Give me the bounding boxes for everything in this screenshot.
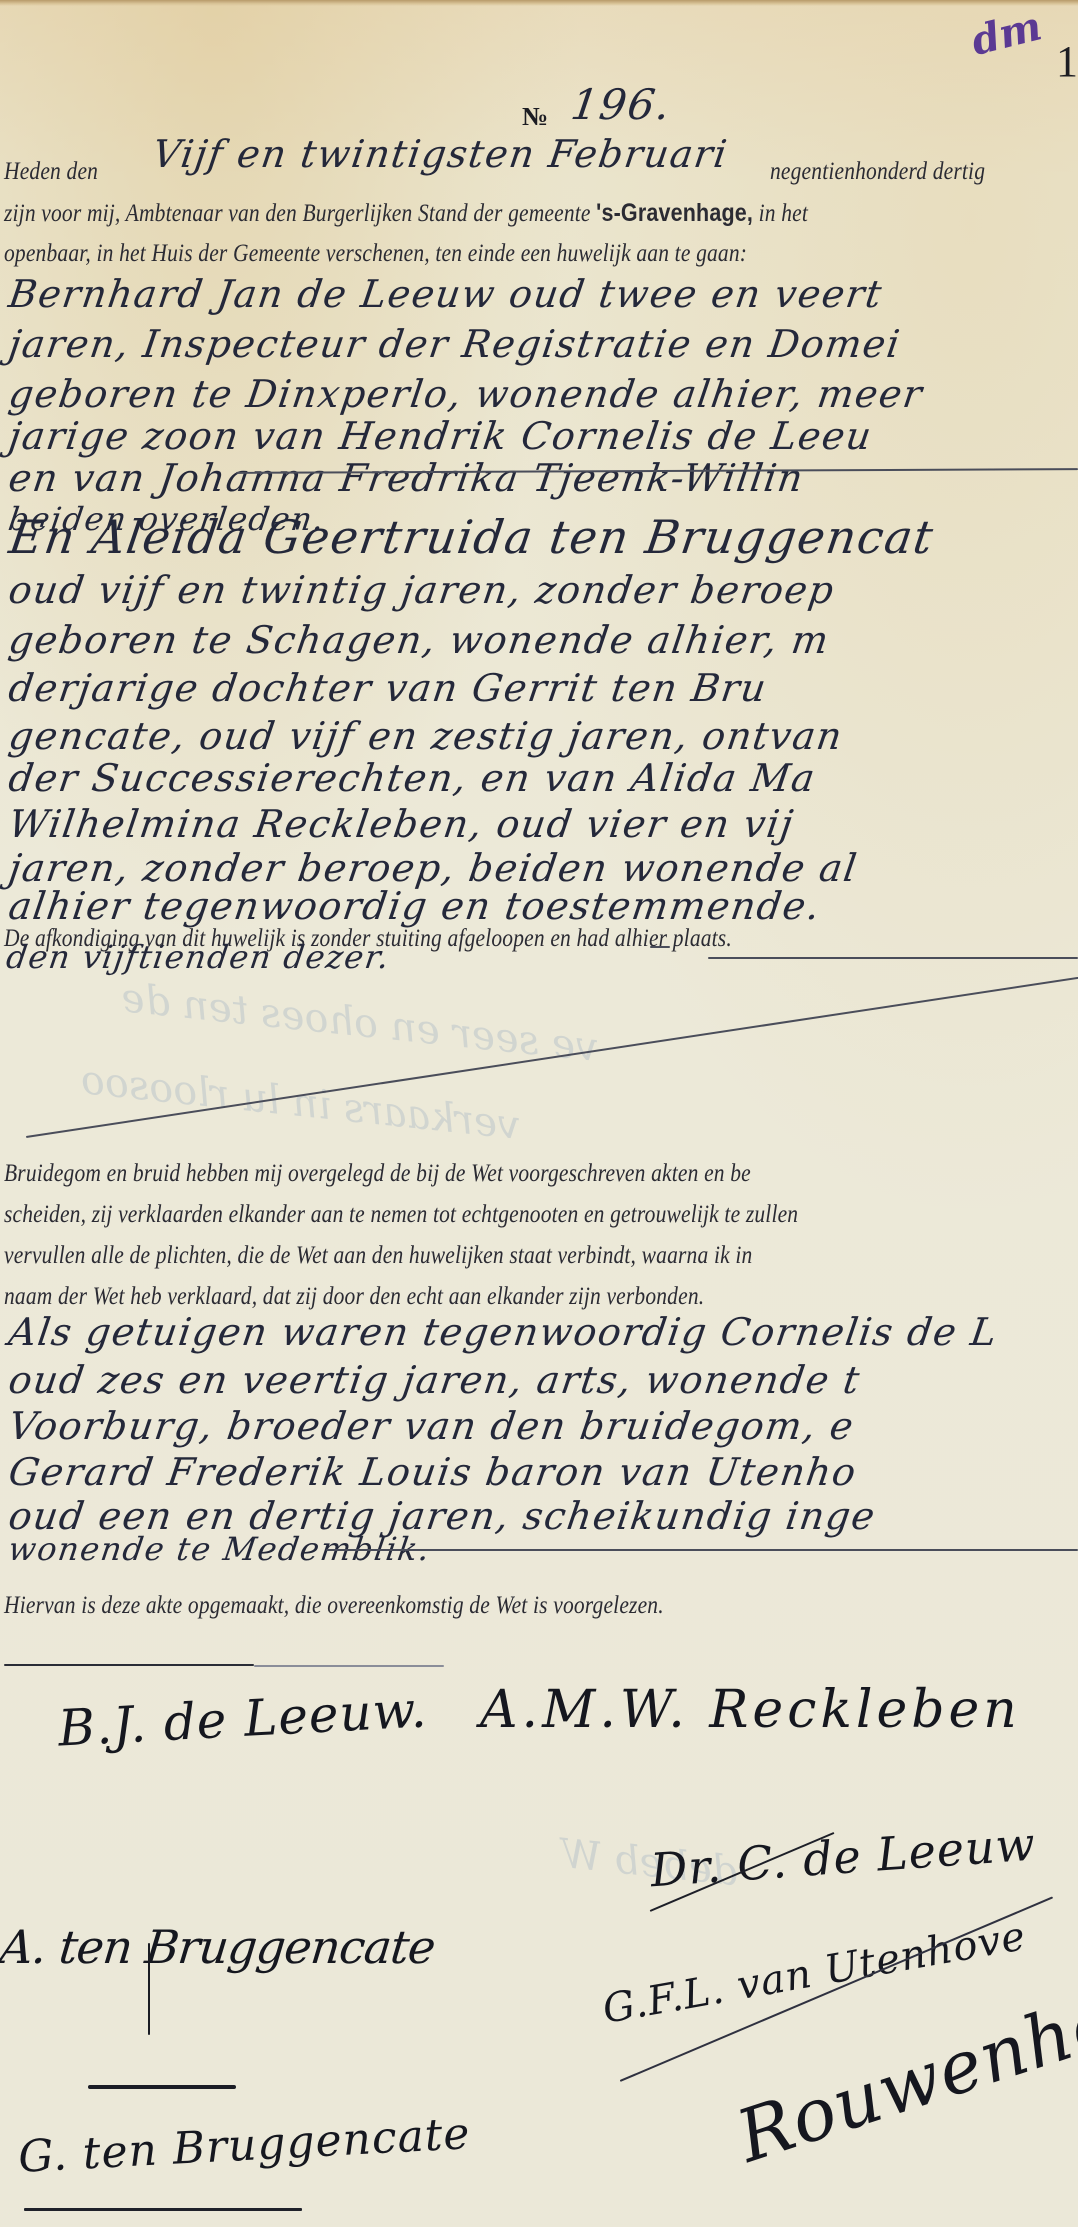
declaration-line: vervullen alle de plichten, die de Wet a… (4, 1242, 752, 1270)
groom-line: jarige zoon van Hendrik Cornelis de Leeu (6, 414, 875, 458)
bride-line: der Successierechten, en van Alida Ma (6, 756, 819, 800)
signature-bride-mother: A.M.W. Reckleben (480, 1680, 1021, 1740)
declaration-line: Bruidegom en bruid hebben mij overgelegd… (4, 1160, 751, 1188)
fill-line (708, 957, 1078, 959)
signature-witness-2: G.F.L. van Utenhove (599, 1913, 1029, 2033)
bride-line: Wilhelmina Reckleben, oud vier en vij (6, 802, 797, 846)
bride-line: geboren te Schagen, wonende alhier, m (6, 618, 832, 662)
witness-line: Als getuigen waren tegenwoordig Cornelis… (6, 1310, 1001, 1354)
signature-bride-father: G. ten Bruggencate (17, 2108, 472, 2183)
signature-rule (254, 1665, 444, 1667)
publication-date: den vijftienden dezer. (4, 938, 393, 976)
header-line-2: zijn voor mij, Ambtenaar van den Burgerl… (4, 199, 808, 228)
signature-underline (88, 2085, 236, 2089)
signature-stroke (148, 1943, 150, 2035)
witness-line: Gerard Frederik Louis baron van Utenho (6, 1450, 860, 1494)
fill-line (326, 1549, 1078, 1551)
groom-line: jaren, Inspecteur der Registratie en Dom… (6, 322, 904, 366)
signature-rule (4, 1664, 254, 1666)
act-number-label: № (522, 102, 548, 132)
bride-line: derjarige dochter van Gerrit ten Bru (6, 666, 770, 710)
fill-line (650, 946, 670, 948)
witness-line: oud zes en veertig jaren, arts, wonende … (6, 1358, 863, 1402)
header-line-3: openbaar, in het Huis der Gemeente versc… (4, 240, 747, 268)
bleed-through-text: ve seer en ohoes ten de (119, 975, 600, 1071)
declaration-line: scheiden, zij verklaarden elkander aan t… (4, 1201, 798, 1229)
closing-printed: Hiervan is deze akte opgemaakt, die over… (4, 1592, 664, 1620)
groom-line: Bernhard Jan de Leeuw oud twee en veert (6, 272, 886, 316)
declaration-line: naam der Wet heb verklaard, dat zij door… (4, 1283, 704, 1311)
signature-groom: B.J. de Leeuw. (57, 1680, 429, 1757)
bride-line: En Aleida Geertruida ten Bruggencat (6, 510, 938, 564)
witness-line: Voorburg, broeder van den bruidegom, e (6, 1404, 857, 1448)
margin-mark: dm (967, 2, 1047, 65)
bride-line: oud vijf en twintig jaren, zonder beroep (6, 568, 838, 612)
municipality: 's-Gravenhage, (596, 199, 753, 227)
signature-underline (24, 2208, 302, 2211)
header-line-1-suffix: negentienhonderd dertig (770, 158, 985, 186)
bride-line: alhier tegenwoordig en toestemmende. (6, 884, 824, 928)
page-number: 1 (1056, 36, 1078, 87)
groom-line: en van Johanna Fredrika Tjeenk-Willin (6, 456, 807, 500)
signature-bride: A. ten Bruggencate (0, 1920, 437, 1974)
act-number: 196. (568, 80, 674, 129)
header-line-1-prefix: Heden den (4, 158, 98, 186)
groom-line: geboren te Dinxperlo, wonende alhier, me… (6, 372, 926, 416)
marriage-date: Vijf en twintigsten Februari (150, 132, 731, 176)
bride-line: gencate, oud vijf en zestig jaren, ontva… (6, 714, 846, 758)
paper-top-edge (0, 0, 1078, 6)
